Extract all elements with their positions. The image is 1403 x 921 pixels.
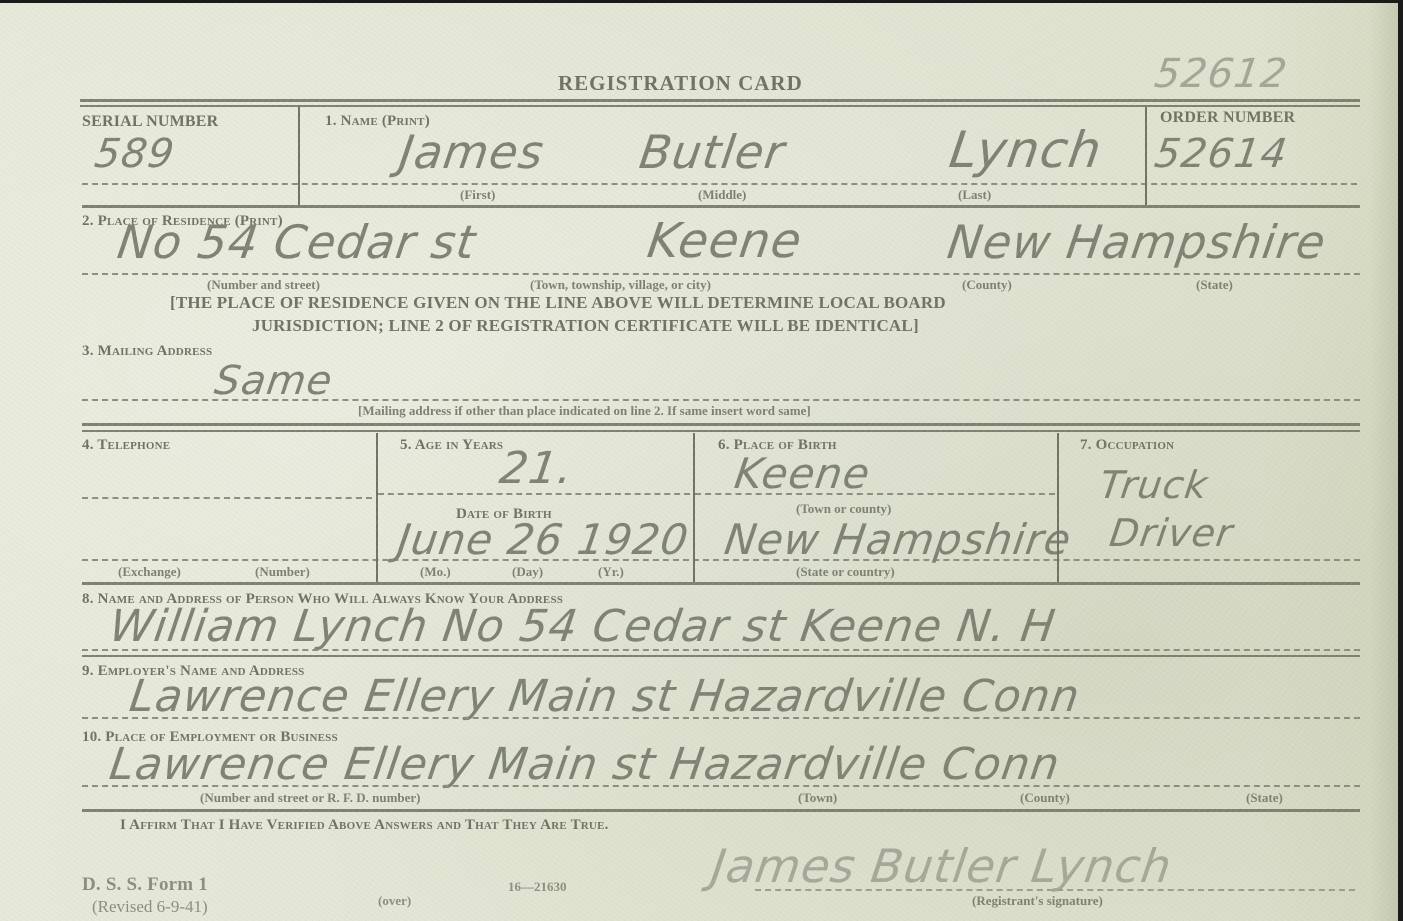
divider (298, 107, 300, 207)
sub-county: (County) (962, 277, 1012, 293)
rule (82, 423, 1360, 426)
mailing-address-value: Same (212, 358, 336, 404)
sub-month: (Mo.) (420, 564, 451, 580)
order-number-value: 52614 (1152, 131, 1291, 177)
contact-person-value: William Lynch No 54 Cedar st Keene N. H (106, 601, 1058, 652)
residence-notice-line-2: JURISDICTION; LINE 2 OF REGISTRATION CER… (252, 316, 919, 336)
signature-label: (Registrant's signature) (972, 893, 1103, 909)
dotted-line (82, 183, 1357, 185)
rule (80, 99, 1360, 102)
sub-first: (First) (460, 187, 495, 203)
occupation-label: 7. Occupation (1080, 437, 1174, 454)
order-number-label: ORDER NUMBER (1160, 109, 1295, 127)
rule (82, 809, 1360, 812)
occupation-line-1: Truck (1097, 463, 1211, 507)
sub-exchange: (Exchange) (118, 564, 181, 580)
dotted-line (695, 493, 1055, 495)
sub-county: (County) (1020, 790, 1070, 806)
sub-state: (State) (1246, 790, 1283, 806)
divider (1057, 433, 1059, 583)
residence-town: Keene (644, 213, 806, 269)
dotted-line (82, 273, 1360, 275)
place-of-employment-value: Lawrence Ellery Main st Hazardville Conn (106, 739, 1063, 790)
name-first: James (396, 125, 547, 179)
mailing-address-note: [Mailing address if other than place ind… (358, 403, 811, 419)
residence-county-state: New Hampshire (944, 215, 1329, 269)
age-value: 21. (496, 443, 576, 494)
print-code: 16—21630 (508, 879, 567, 895)
date-of-birth-value: June 26 1920 (395, 515, 692, 564)
divider (693, 433, 695, 583)
sub-number: (Number) (255, 564, 310, 580)
sub-street: (Number and street) (207, 277, 320, 293)
sub-street-rfd: (Number and street or R. F. D. number) (200, 790, 421, 806)
age-label: 5. Age in Years (400, 437, 503, 454)
page-edge-shadow (1370, 3, 1398, 921)
name-middle: Butler (636, 125, 788, 179)
over-note: (over) (378, 893, 411, 909)
registrant-signature: James Butler Lynch (708, 839, 1175, 893)
employer-value: Lawrence Ellery Main st Hazardville Conn (126, 671, 1083, 722)
dotted-line (82, 649, 1360, 651)
registration-card: REGISTRATION CARD 52612 SERIAL NUMBER 58… (0, 3, 1398, 921)
divider (376, 433, 378, 583)
residence-street: No 54 Cedar st (114, 215, 479, 269)
divider (1145, 107, 1147, 207)
sub-town: (Town, township, village, or city) (530, 277, 711, 293)
dotted-line (82, 497, 372, 499)
sub-middle: (Middle) (698, 187, 746, 203)
rule (82, 582, 1360, 585)
mailing-address-label: 3. Mailing Address (82, 343, 212, 360)
dotted-line (378, 493, 690, 495)
name-last: Lynch (946, 121, 1106, 179)
signature-line (755, 889, 1355, 891)
rule (80, 105, 1360, 107)
sub-town: (Town) (798, 790, 837, 806)
dotted-line (82, 785, 1360, 787)
form-number: D. S. S. Form 1 (82, 874, 208, 896)
sub-state: (State) (1196, 277, 1233, 293)
dotted-line (82, 399, 1360, 401)
place-of-birth-state: New Hampshire (722, 515, 1075, 564)
place-of-birth-town: Keene (732, 449, 874, 498)
rule (82, 430, 1360, 432)
sub-year: (Yr.) (598, 564, 624, 580)
telephone-label: 4. Telephone (82, 437, 170, 454)
sub-day: (Day) (512, 564, 543, 580)
residence-notice-line-1: [THE PLACE OF RESIDENCE GIVEN ON THE LIN… (170, 293, 946, 313)
stamp-number: 52612 (1152, 51, 1291, 97)
serial-number-label: SERIAL NUMBER (82, 113, 218, 131)
rule (82, 205, 1360, 208)
affirmation-text: I Affirm That I Have Verified Above Answ… (120, 817, 609, 834)
dotted-line (82, 717, 1360, 719)
serial-number-value: 589 (92, 131, 178, 177)
sub-state-country: (State or country) (796, 564, 895, 580)
occupation-line-2: Driver (1107, 511, 1236, 555)
rule (82, 655, 1360, 657)
sub-last: (Last) (958, 187, 991, 203)
card-title: REGISTRATION CARD (558, 71, 803, 96)
form-revised: (Revised 6-9-41) (92, 897, 208, 917)
